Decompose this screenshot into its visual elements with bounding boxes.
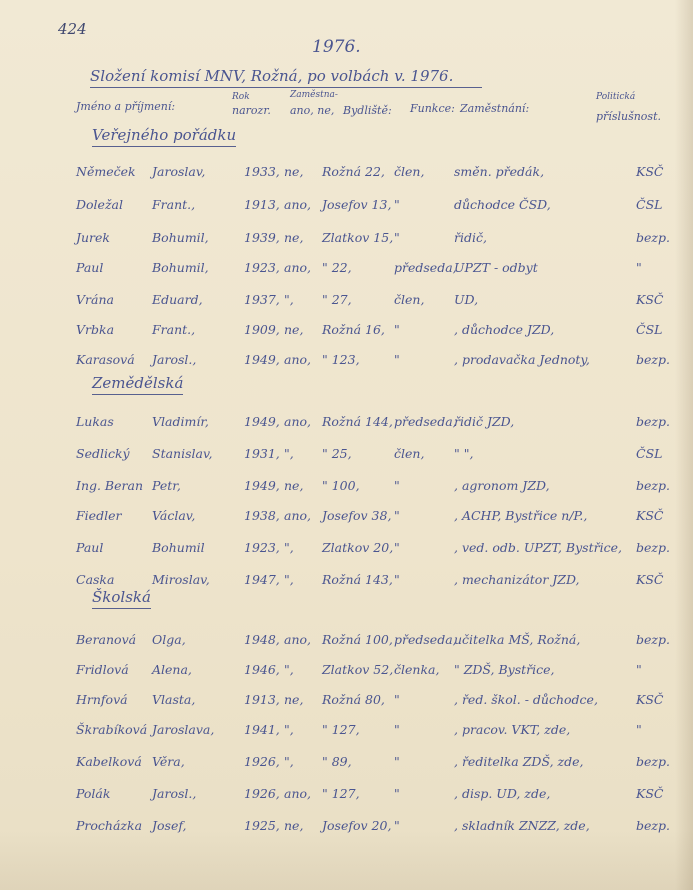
first-name: Vlasta,	[152, 692, 195, 707]
table-row: Paul Bohumil 1923, ", Zlatkov 20, " , ve…	[76, 540, 676, 562]
occupation: " ",	[454, 446, 473, 461]
employed: ano,	[284, 786, 311, 801]
address: Josefov 38,	[322, 508, 391, 523]
address: " 22,	[322, 260, 352, 275]
party: "	[636, 260, 642, 275]
party: ČSL	[636, 197, 662, 212]
header-address: Bydliště:	[343, 104, 392, 117]
employed: ano,	[284, 632, 311, 647]
address: " 27,	[322, 292, 352, 307]
surname: Caska	[76, 572, 114, 587]
birth-year: 1933,	[244, 164, 280, 179]
surname: Doležal	[76, 197, 123, 212]
header-party-top: Politická	[596, 92, 635, 102]
table-row: Caska Miroslav, 1947, ", Rožná 143, " , …	[76, 572, 676, 594]
employed: ",	[284, 572, 294, 587]
first-name: Eduard,	[152, 292, 203, 307]
document-page: 424 1976. Složení komisí MNV, Rožná, po …	[0, 0, 693, 890]
first-name: Olga,	[152, 632, 186, 647]
table-row: Karasová Jarosl., 1949, ano, " 123, " , …	[76, 352, 676, 374]
surname: Fiedler	[76, 508, 121, 523]
party: KSČ	[636, 508, 663, 523]
birth-year: 1909,	[244, 322, 280, 337]
table-row: Lukas Vladimír, 1949, ano, Rožná 144, př…	[76, 414, 676, 436]
address: Josefov 13,	[322, 197, 391, 212]
first-name: Alena,	[152, 662, 192, 677]
first-name: Frant.,	[152, 322, 195, 337]
first-name: Bohumil	[152, 540, 205, 555]
party: KSČ	[636, 692, 663, 707]
party: bezp.	[636, 352, 670, 367]
party: bezp.	[636, 754, 670, 769]
surname: Jurek	[76, 230, 110, 245]
party: "	[636, 722, 642, 737]
address: " 100,	[322, 478, 360, 493]
surname: Beranová	[76, 632, 136, 647]
employed: ano,	[284, 260, 311, 275]
function: "	[394, 508, 400, 523]
table-row: Škrabíková Jaroslava, 1941, ", " 127, " …	[76, 722, 676, 744]
occupation: důchodce ČSD,	[454, 197, 551, 212]
party: bezp.	[636, 414, 670, 429]
surname: Sedlický	[76, 446, 130, 461]
party: bezp.	[636, 230, 670, 245]
occupation: , důchodce JZD,	[454, 322, 554, 337]
table-row: Fridlová Alena, 1946, ", Zlatkov 52, čle…	[76, 662, 676, 684]
birth-year: 1926,	[244, 786, 280, 801]
function: "	[394, 722, 400, 737]
header-function: Funkce:	[410, 102, 455, 115]
employed: ano,	[284, 508, 311, 523]
occupation: UD,	[454, 292, 478, 307]
employed: ano,	[284, 352, 311, 367]
employed: ",	[284, 754, 294, 769]
address: Rožná 80,	[322, 692, 385, 707]
table-row: Doležal Frant., 1913, ano, Josefov 13, "…	[76, 197, 676, 219]
first-name: Bohumil,	[152, 230, 209, 245]
address: " 127,	[322, 786, 360, 801]
header-employed-top: Zaměstna-	[290, 90, 338, 100]
first-name: Stanislav,	[152, 446, 213, 461]
address: " 89,	[322, 754, 352, 769]
surname: Polák	[76, 786, 110, 801]
surname: Paul	[76, 540, 103, 555]
party: bezp.	[636, 632, 670, 647]
function: předseda,	[394, 632, 457, 647]
surname: Fridlová	[76, 662, 129, 677]
birth-year: 1938,	[244, 508, 280, 523]
surname: Vrbka	[76, 322, 114, 337]
header-occupation: Zaměstnání:	[460, 102, 529, 115]
surname: Němeček	[76, 164, 136, 179]
employed: ne,	[284, 478, 303, 493]
table-row: Sedlický Stanislav, 1931, ", " 25, člen,…	[76, 446, 676, 468]
function: člen,	[394, 292, 424, 307]
table-row: Ing. Beran Petr, 1949, ne, " 100, " , ag…	[76, 478, 676, 500]
function: člen,	[394, 446, 424, 461]
occupation: směn. předák,	[454, 164, 544, 179]
party: "	[636, 662, 642, 677]
function: "	[394, 230, 400, 245]
function: "	[394, 540, 400, 555]
birth-year: 1946,	[244, 662, 280, 677]
birth-year: 1923,	[244, 260, 280, 275]
page-bottom-shadow	[0, 830, 693, 890]
address: " 127,	[322, 722, 360, 737]
party: bezp.	[636, 540, 670, 555]
occupation: řidič JZD,	[454, 414, 514, 429]
address: Zlatkov 20,	[322, 540, 393, 555]
birth-year: 1939,	[244, 230, 280, 245]
employed: ne,	[284, 230, 303, 245]
surname: Ing. Beran	[76, 478, 143, 493]
birth-year: 1931,	[244, 446, 280, 461]
first-name: Miroslav,	[152, 572, 210, 587]
first-name: Bohumil,	[152, 260, 209, 275]
occupation: , agronom JZD,	[454, 478, 550, 493]
address: Rožná 144,	[322, 414, 393, 429]
header-name: Jméno a příjmení:	[76, 100, 175, 113]
function: členka,	[394, 662, 439, 677]
occupation: , mechanizátor JZD,	[454, 572, 580, 587]
surname: Paul	[76, 260, 103, 275]
occupation: , ved. odb. UPZT, Bystřice,	[454, 540, 622, 555]
occupation: , prodavačka Jednoty,	[454, 352, 590, 367]
employed: ano,	[284, 414, 311, 429]
birth-year: 1941,	[244, 722, 280, 737]
address: " 123,	[322, 352, 360, 367]
address: " 25,	[322, 446, 352, 461]
occupation: , disp. UD, zde,	[454, 786, 550, 801]
party: KSČ	[636, 572, 663, 587]
first-name: Jaroslav,	[152, 164, 205, 179]
address: Zlatkov 15,	[322, 230, 393, 245]
first-name: Věra,	[152, 754, 185, 769]
table-row: Beranová Olga, 1948, ano, Rožná 100, pře…	[76, 632, 676, 654]
function: "	[394, 786, 400, 801]
surname: Škrabíková	[76, 722, 147, 737]
function: předseda,	[394, 414, 457, 429]
table-row: Kabelková Věra, 1926, ", " 89, " , ředit…	[76, 754, 676, 776]
first-name: Jaroslava,	[152, 722, 214, 737]
birth-year: 1913,	[244, 692, 280, 707]
table-row: Polák Jarosl., 1926, ano, " 127, " , dis…	[76, 786, 676, 808]
surname: Vrána	[76, 292, 114, 307]
table-row: Hrnfová Vlasta, 1913, ne, Rožná 80, " , …	[76, 692, 676, 714]
birth-year: 1937,	[244, 292, 280, 307]
employed: ",	[284, 446, 294, 461]
function: "	[394, 572, 400, 587]
birth-year: 1949,	[244, 414, 280, 429]
employed: ",	[284, 662, 294, 677]
birth-year: 1948,	[244, 632, 280, 647]
surname: Lukas	[76, 414, 114, 429]
employed: ne,	[284, 322, 303, 337]
birth-year: 1923,	[244, 540, 280, 555]
table-row: Jurek Bohumil, 1939, ne, Zlatkov 15, " ř…	[76, 230, 676, 252]
birth-year: 1949,	[244, 478, 280, 493]
header-birth-year-top: Rok	[232, 92, 250, 102]
address: Rožná 22,	[322, 164, 385, 179]
function: člen,	[394, 164, 424, 179]
table-row: Fiedler Václav, 1938, ano, Josefov 38, "…	[76, 508, 676, 530]
document-title: Složení komisí MNV, Rožná, po volbách v.…	[90, 67, 482, 88]
employed: ",	[284, 540, 294, 555]
page-number: 424	[58, 20, 87, 38]
first-name: Petr,	[152, 478, 181, 493]
employed: ",	[284, 722, 294, 737]
surname: Hrnfová	[76, 692, 128, 707]
section-title: Veřejného pořádku	[92, 126, 236, 147]
occupation: učitelka MŠ, Rožná,	[454, 632, 580, 647]
employed: ano,	[284, 197, 311, 212]
function: "	[394, 692, 400, 707]
function: "	[394, 352, 400, 367]
header-employed-bottom: ano, ne,	[290, 104, 334, 117]
first-name: Jarosl.,	[152, 786, 196, 801]
occupation: řidič,	[454, 230, 487, 245]
birth-year: 1913,	[244, 197, 280, 212]
address: Rožná 16,	[322, 322, 385, 337]
occupation: UPZT - odbyt	[454, 260, 538, 275]
section-title: Školská	[92, 588, 151, 609]
function: předseda,	[394, 260, 457, 275]
page-edge-shadow	[675, 0, 693, 890]
first-name: Vladimír,	[152, 414, 209, 429]
first-name: Frant.,	[152, 197, 195, 212]
employed: ne,	[284, 164, 303, 179]
surname: Karasová	[76, 352, 135, 367]
occupation: , pracov. VKT, zde,	[454, 722, 570, 737]
occupation: " ZDŠ, Bystřice,	[454, 662, 555, 677]
occupation: , ACHP, Bystřice n/P.,	[454, 508, 587, 523]
birth-year: 1947,	[244, 572, 280, 587]
address: Zlatkov 52,	[322, 662, 393, 677]
year-heading: 1976.	[312, 37, 361, 57]
function: "	[394, 197, 400, 212]
function: "	[394, 322, 400, 337]
occupation: , ředitelka ZDŠ, zde,	[454, 754, 583, 769]
surname: Kabelková	[76, 754, 142, 769]
table-row: Němeček Jaroslav, 1933, ne, Rožná 22, čl…	[76, 164, 676, 186]
birth-year: 1926,	[244, 754, 280, 769]
address: Rožná 100,	[322, 632, 393, 647]
employed: ne,	[284, 692, 303, 707]
occupation: , řed. škol. - důchodce,	[454, 692, 598, 707]
birth-year: 1949,	[244, 352, 280, 367]
table-row: Vrbka Frant., 1909, ne, Rožná 16, " , dů…	[76, 322, 676, 344]
table-row: Vrána Eduard, 1937, ", " 27, člen, UD, K…	[76, 292, 676, 314]
address: Rožná 143,	[322, 572, 393, 587]
party: ČSL	[636, 446, 662, 461]
function: "	[394, 754, 400, 769]
first-name: Václav,	[152, 508, 195, 523]
table-row: Paul Bohumil, 1923, ano, " 22, předseda,…	[76, 260, 676, 282]
function: "	[394, 478, 400, 493]
party: ČSL	[636, 322, 662, 337]
party: bezp.	[636, 478, 670, 493]
section-title: Zemědělská	[92, 374, 183, 395]
header-birth-year-bottom: narozr.	[232, 104, 271, 117]
employed: ",	[284, 292, 294, 307]
header-party-bottom: příslušnost.	[596, 110, 661, 123]
party: KSČ	[636, 786, 663, 801]
party: KSČ	[636, 292, 663, 307]
party: KSČ	[636, 164, 663, 179]
first-name: Jarosl.,	[152, 352, 196, 367]
